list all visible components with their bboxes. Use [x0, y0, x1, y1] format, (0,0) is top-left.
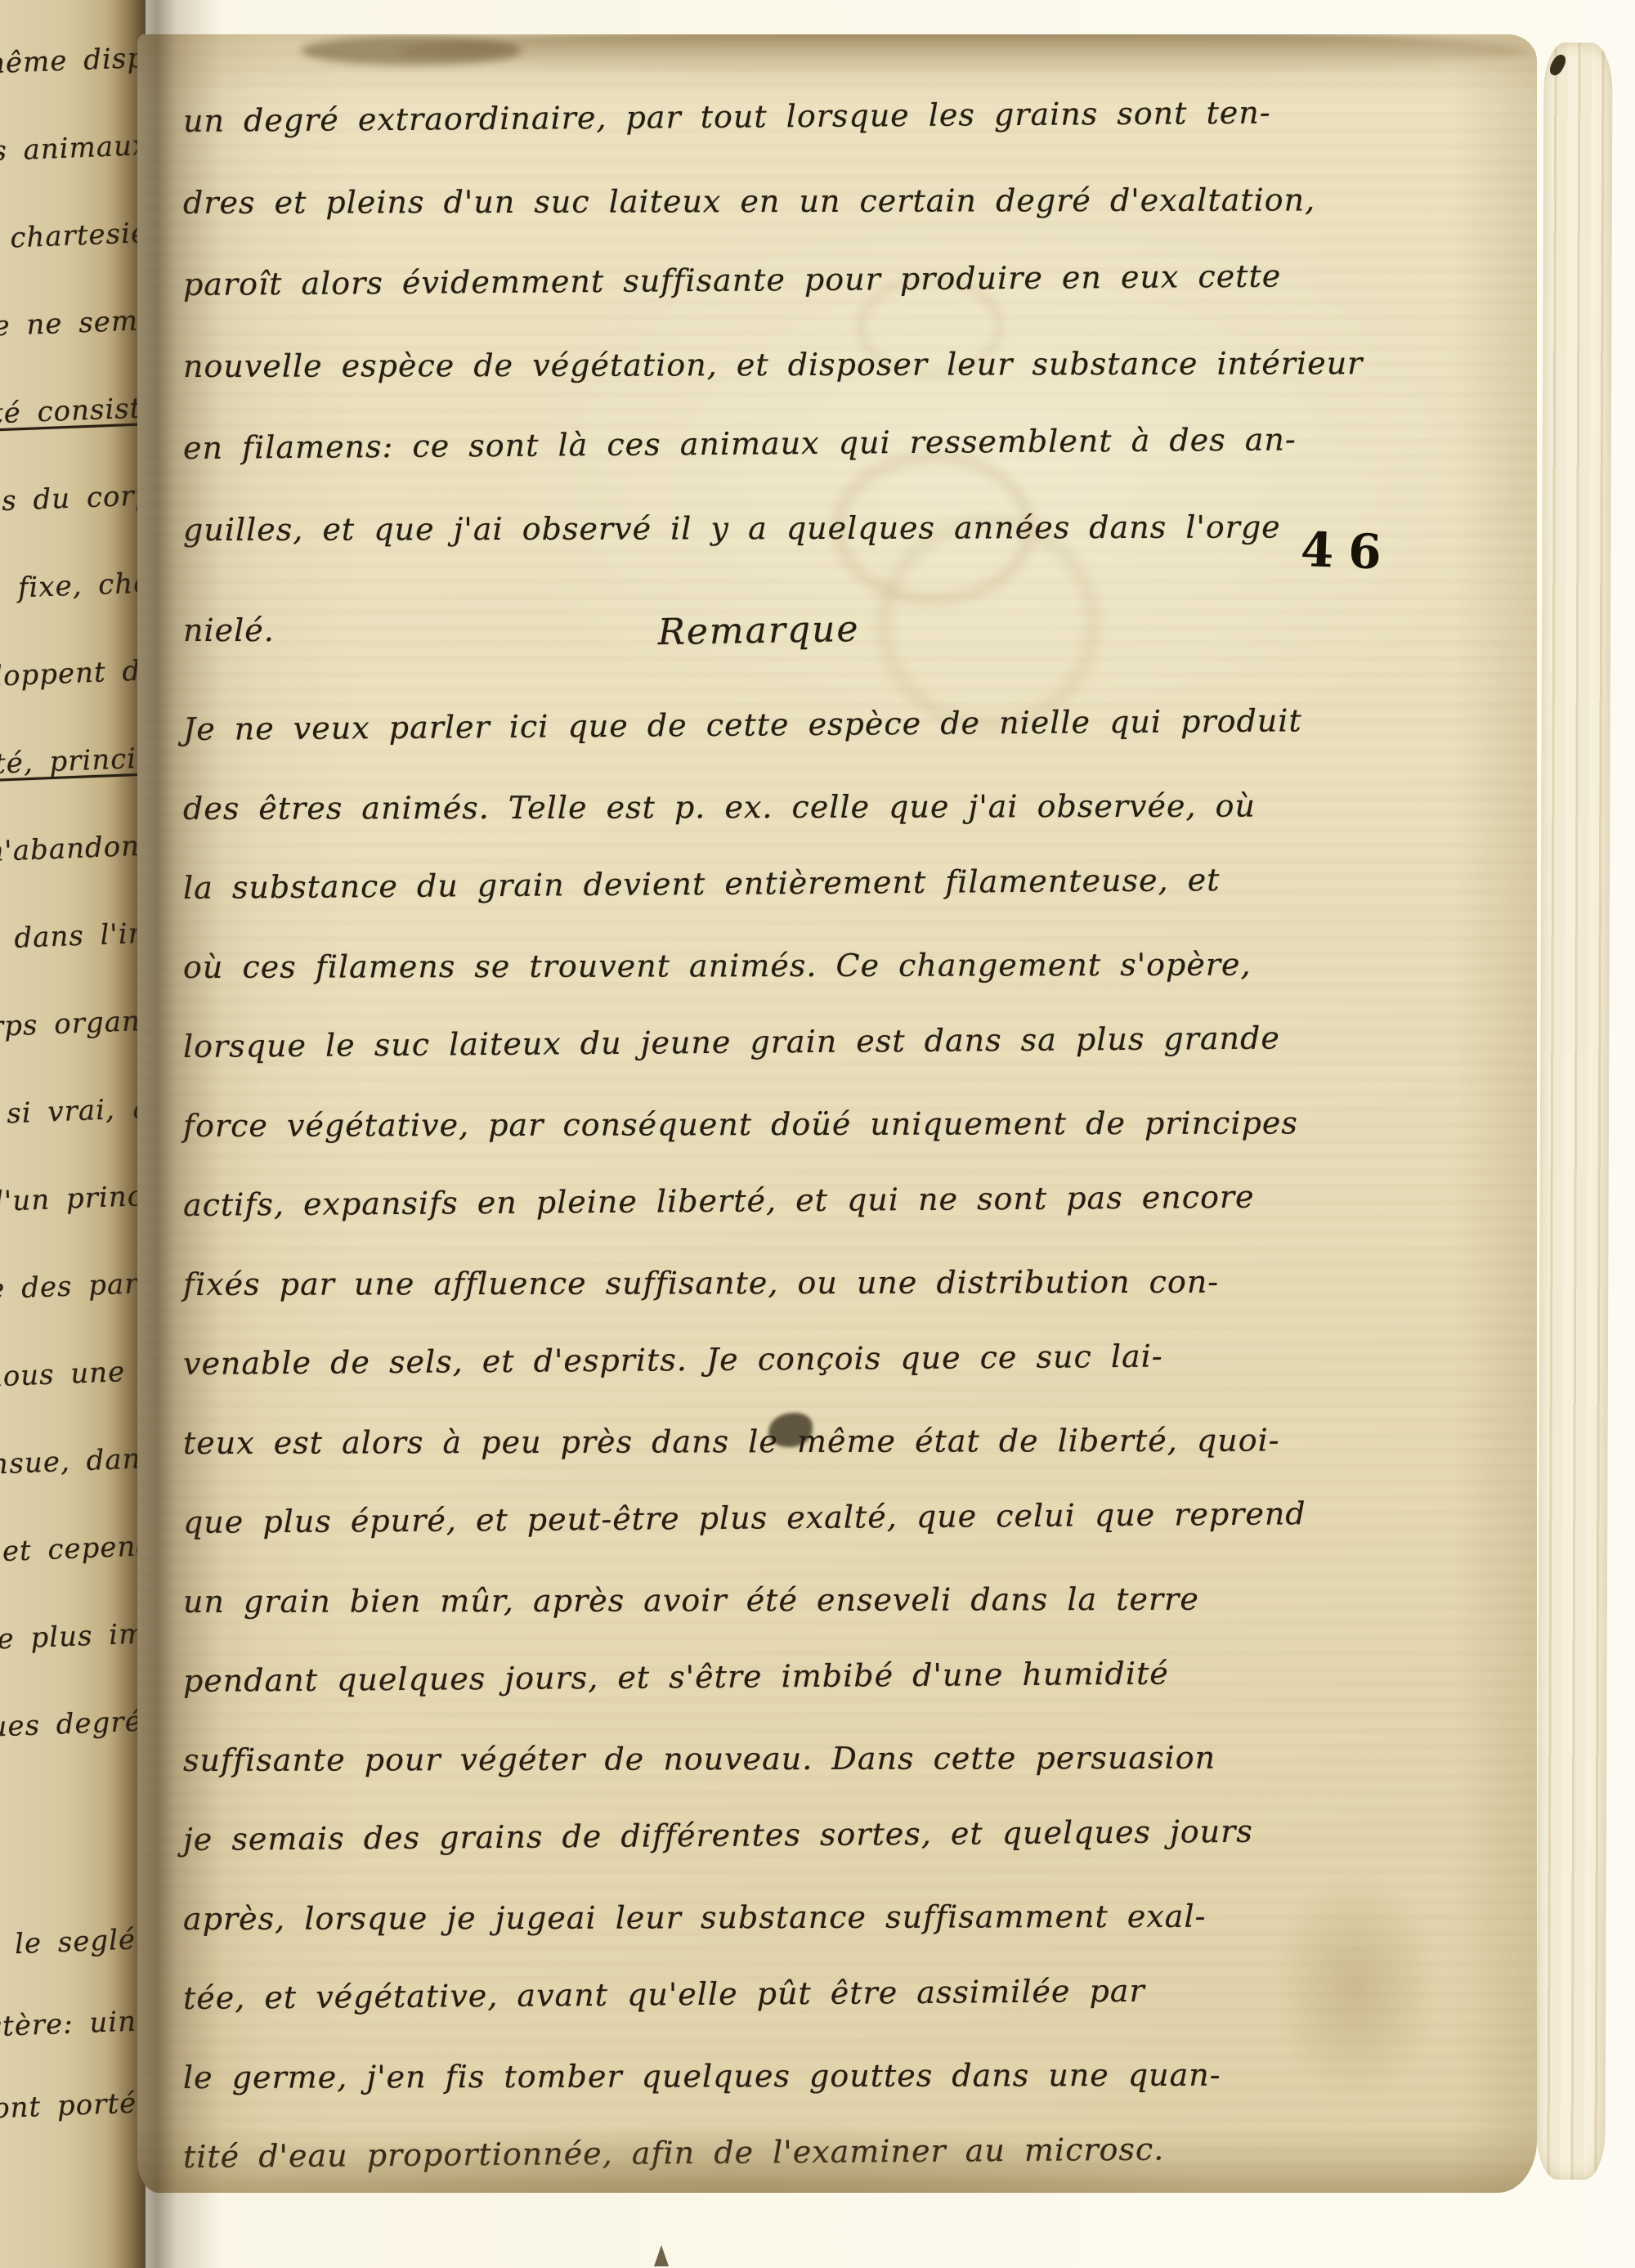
page-text: un degré extraordinaire, par tout lorsqu…	[137, 34, 1537, 2193]
left-page-fragment: corps organisé	[0, 976, 146, 1073]
left-page-fragment: ques degrés au	[0, 1676, 146, 1773]
left-page-fragment: à nous une force	[0, 1326, 146, 1423]
text-line: la substance du grain devient entièremen…	[183, 838, 1505, 928]
text-line: des êtres animés. Telle est p. ex. celle…	[183, 766, 1504, 849]
left-page-fragment: le plus impar-	[0, 1589, 146, 1685]
text-line: en filamens: ce sont là ces animaux qui …	[183, 397, 1505, 489]
left-page-edge: à la même dispne les animaux— les charte…	[0, 0, 146, 2268]
left-page-fragment: italité, principe	[0, 714, 146, 810]
text-line: lorsque le suc laiteux du jeune grain es…	[183, 997, 1505, 1087]
left-page-fragment: vitalité consisté	[0, 365, 146, 461]
text-line: tité d'eau proportionnée, afin de l'exam…	[183, 2107, 1505, 2193]
left-page-fragment: d'un principe	[0, 1151, 146, 1248]
text-line: nielé.	[183, 612, 275, 648]
heading-row: nielé. Remarque	[183, 571, 1504, 690]
text-line: force végétative, par conséquent doüé un…	[183, 1083, 1504, 1166]
left-page-fragment: dans le seglé,	[0, 1898, 146, 1989]
book-page-edges	[1536, 43, 1612, 2180]
left-page-fragment: i n'abandonne	[0, 801, 146, 898]
text-line: le germe, j'en fis tomber quelques goutt…	[183, 2035, 1504, 2118]
text-line: suffisante pour végéter de nouveau. Dans…	[183, 1718, 1504, 1800]
text-line: actifs, expansifs en pleine liberté, et …	[183, 1155, 1505, 1245]
text-line: après, lorsque je jugeai leur substance …	[183, 1876, 1504, 1959]
text-line: un degré extraordinaire, par tout lorsqu…	[183, 69, 1505, 162]
section-heading: Remarque	[274, 601, 1243, 660]
left-page-fragment: parées du corps	[0, 452, 146, 549]
manuscript-scan: à la même dispne les animaux— les charte…	[0, 0, 1635, 2268]
text-line: dres et pleins d'un suc laiteux en un ce…	[183, 159, 1504, 244]
text-line: que plus épuré, et peut-être plus exalté…	[183, 1472, 1505, 1562]
left-page-fragment: est si vrai, que	[0, 1064, 146, 1160]
text-line: un grain bien mûr, après avoir été ensev…	[183, 1559, 1504, 1642]
text-line: Je ne veux parler ici que de cette espèc…	[183, 679, 1505, 769]
left-page-fragment: uit, ce ne semblé	[0, 277, 146, 374]
text-line: pendant quelques jours, et s'être imbibé…	[183, 1631, 1505, 1721]
text-line: nouvelle espèce de végétation, et dispos…	[183, 322, 1504, 407]
left-page-fragment: ne les animaux	[0, 102, 146, 199]
left-page-fragment: à la même disp	[0, 15, 146, 111]
left-page-fragment: pre dans l'inse	[0, 889, 146, 985]
left-page-fragment: mystère: uint	[0, 1980, 146, 2071]
left-page-fragment: et, fixe, ches	[0, 540, 146, 636]
manuscript-page: 46 un degré extraordinaire, par tout lor…	[137, 34, 1537, 2193]
left-page-fragment: une des parties	[0, 1239, 146, 1335]
text-line: guilles, et que j'ai observé il y a quel…	[183, 486, 1504, 571]
text-line: venable de sels, et d'esprits. Je conçoi…	[183, 1314, 1505, 1404]
text-line: je semais des grains de différentes sort…	[183, 1790, 1505, 1880]
text-line: paroît alors évidemment suffisante pour …	[183, 233, 1505, 325]
left-page-fragment: developpent dans	[0, 626, 146, 723]
left-page-fragment: chsue, dans la	[0, 1414, 146, 1510]
left-page-fragment: dés sont portés	[0, 2062, 146, 2153]
text-line: tée, et végétative, avant qu'elle pût êt…	[183, 1948, 1505, 2038]
left-page-fragments-bottom: dans le seglé,mystère: uintdés sont port…	[0, 1898, 146, 2153]
bottom-edge-mark	[654, 2245, 669, 2266]
left-page-fragment: — les chartesiens	[0, 190, 146, 286]
text-line: teux est alors à peu près dans le même é…	[183, 1401, 1504, 1483]
paragraph-1: un degré extraordinaire, par tout lorsqu…	[183, 80, 1504, 571]
left-page-fragments-top: à la même dispne les animaux— les charte…	[0, 15, 146, 1773]
text-line: où ces filamens se trouvent animés. Ce c…	[183, 925, 1504, 1007]
text-line: fixés par une affluence suffisante, ou u…	[183, 1242, 1504, 1324]
paragraph-2: Je ne veux parler ici que de cette espèc…	[183, 690, 1504, 2193]
left-page-fragment: et cependant	[0, 1501, 146, 1598]
